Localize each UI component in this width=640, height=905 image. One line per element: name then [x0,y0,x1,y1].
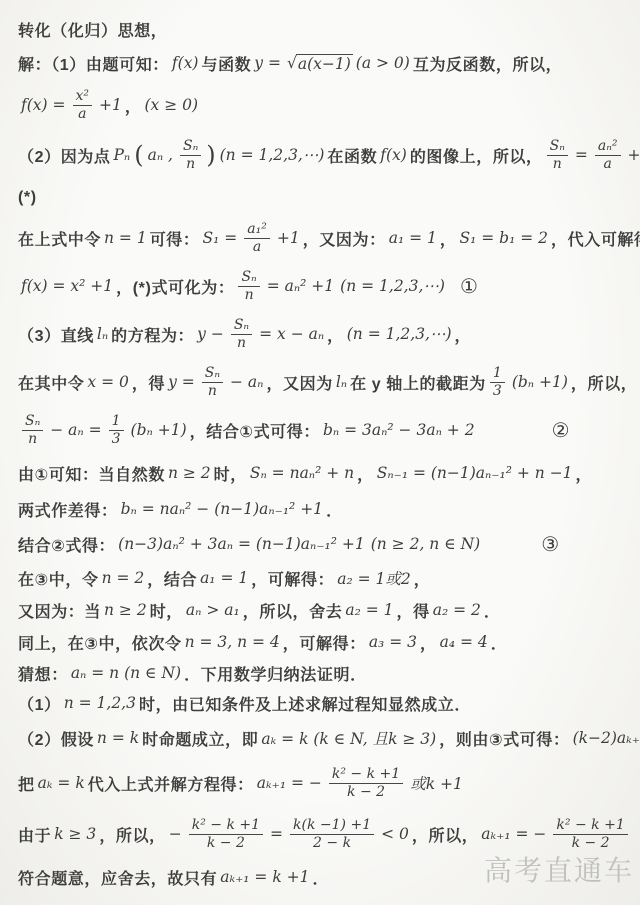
solution-line-18: （1） n = 1,2,3 时，由已知条件及上述求解过程知显然成立． [18,688,630,718]
fraction: Sₙn [547,138,568,173]
math-run: − aₙ = [47,421,104,439]
math-run: = x − aₙ [256,325,327,343]
text-run: 在 y 轴上的截距为 [350,371,486,394]
solution-line-07: f(x) = x² +1 ，(*)式可化为： Sₙn = aₙ² +1 (n =… [18,262,630,310]
text-run: 的图像上，所以， [410,144,543,167]
text-run: 时命题成立，即 [142,727,258,750]
denominator: n [234,335,249,352]
math-run: a₂ = 2 [430,601,484,619]
denominator: n [550,156,565,173]
close-paren: ) [205,143,216,167]
solution-line-03: f(x) = x²a +1 ， (x ≥ 0) [18,82,630,128]
denominator: a [250,239,264,256]
numerator: Sₙ [231,317,252,335]
math-run: n ≥ 2 [165,464,214,482]
equation-mark-star: (*) [18,189,37,207]
text-run: ，所以， [99,823,165,846]
text-run: ，代入可解得： [551,227,640,250]
text-run: ，则由③式可得： [439,727,569,750]
text-run: 时， [214,462,247,485]
text-run: 同上，在③中，依次令 [18,631,182,654]
solution-line-08: （3）直线 lₙ 的方程为： y − Sₙn = x − aₙ ， (n = 1… [18,310,630,358]
numerator: aₙ² [595,138,621,156]
denominator: n [242,287,257,304]
math-run: f(x) = x² +1 [18,277,116,295]
math-run: aₖ = k [35,774,88,792]
math-run: n = k [94,729,142,747]
math-run: y = [251,54,284,72]
solution-line-09: 在其中令 x = 0 ，得 y = Sₙn − aₙ ，又因为 lₙ 在 y 轴… [18,358,630,406]
solution-line-15: 又因为：当 n ≥ 2 时， aₙ > a₁ ，所以，舍去 a₂ = 1 ，得 … [18,594,630,626]
fraction: Sₙn [180,138,201,173]
math-run: (n = 1,2,3,⋯) [217,146,328,164]
equation-mark-3: ③ [539,532,561,557]
math-run: n = 1,2,3 [61,694,139,712]
fraction: aₙ²a [595,138,621,173]
math-run: S₁ = [200,229,241,247]
text-run: 转化（化归）思想， [18,18,167,41]
text-run: ，结合①式可得： [190,419,320,442]
text-run: ， [125,94,142,117]
text-run: ，可解得： [283,631,366,654]
text-run: ， [357,462,374,485]
denominator: 3 [490,383,505,400]
text-run: ， [576,462,593,485]
equation-mark-2: ② [550,418,572,443]
math-run: Sₙ = naₙ² + n [247,464,357,482]
text-run: 在其中令 [18,371,84,394]
math-run: f(x) [377,146,410,164]
text-run: ， [414,567,431,590]
text-run: ，得 [132,371,165,394]
math-run: aₖ₊₁ = − [254,774,325,792]
math-run: y = [165,373,198,391]
text-run: 猜想： [18,662,68,685]
numerator: x² [73,88,93,106]
numerator: a₁² [244,221,270,239]
denominator: 3 [109,431,124,448]
math-run: − aₙ [227,373,266,391]
fraction: Sₙn [231,317,252,352]
text-run: 把 [18,772,35,795]
text-run: （2）因为点 [18,144,111,167]
text-run: （1） [18,692,61,715]
math-run: (n ≥ 2, n ∈ N) [368,535,484,553]
math-run: n = 1 [101,229,150,247]
denominator: k − 2 [204,835,248,852]
text-run: 两式作差得： [18,498,118,521]
math-run: n = 2 [99,569,148,587]
math-run: (bₙ +1) [128,421,190,439]
text-run: ．下用数学归纳法证明． [184,662,367,685]
fraction: 13 [109,413,124,448]
text-run: ，所以， [571,371,637,394]
radicand: a(x−1) [296,54,353,73]
math-run: n ≥ 2 [101,601,150,619]
math-run: aₖ₊₁ = − [478,825,549,843]
math-run: +1 [96,96,125,114]
math-run: = aₙ² +1 [264,277,337,295]
numerator: 1 [109,413,124,431]
solution-line-14: 在③中，令 n = 2 ，结合 a₁ = 1 ，可解得： a₂ = 1或2 ， [18,562,630,594]
math-run: +1 [625,146,640,164]
solution-line-19: （2）假设 n = k 时命题成立，即 aₖ = k (k ∈ N, 且k ≥ … [18,718,630,758]
math-run: a₄ = 4 [437,633,491,651]
math-run: lₙ [333,373,350,391]
solution-line-06: 在上式中令 n = 1 可得： S₁ = a₁²a +1 ，又因为： a₁ = … [18,214,630,262]
numerator: k² − k +1 [553,817,627,835]
text-run: 在③中，令 [18,567,99,590]
text-run: （2）假设 [18,727,94,750]
solution-line-17: 猜想： aₙ = n (n ∈ N) ．下用数学归纳法证明． [18,658,630,688]
math-run: aₙ , [145,146,176,164]
math-run: aₖ₊₁ = k +1 [217,868,312,886]
text-run: 时，由已知条件及上述求解过程知显然成立． [139,692,471,715]
fraction: Sₙn [238,269,259,304]
fraction: Sₙn [202,365,223,400]
open-paren: ( [133,143,144,167]
text-run: ． [491,631,508,654]
text-run: ，结合 [147,567,197,590]
text-run: 结合②式得： [18,533,115,556]
watermark: 高考直通车 [484,849,634,889]
solution-line-10: Sₙn − aₙ = 13 (bₙ +1) ，结合①式可得： bₙ = 3aₙ²… [18,406,630,454]
solution-line-04: （2）因为点 Pₙ ( aₙ , Sₙn ) (n = 1,2,3,⋯) 在函数… [18,128,630,182]
text-run: ，又因为 [266,371,332,394]
solution-line-02: 解：（1）由题可知： f(x) 与函数 y = √ a(x−1) (a > 0)… [18,44,630,82]
text-run: ， [327,323,344,346]
numerator: 1 [490,365,505,383]
math-run: f(x) [169,54,202,72]
math-run: aₖ = k (k ∈ N, 且k ≥ 3) [258,727,439,749]
text-run: 互为反函数，所以， [413,52,562,75]
fraction: k(k −1) +12 − k [290,817,374,852]
fraction: x²a [73,88,93,123]
math-run: (x ≥ 0) [141,96,201,114]
math-run: n = 3, n = 4 [182,633,283,651]
text-run: ． [313,866,330,889]
text-run: ，所以，舍去 [243,599,343,622]
fraction: 13 [490,365,505,400]
fraction: k² − k +1k − 2 [553,817,627,852]
math-run: (a > 0) [353,54,413,72]
math-run: − [166,825,185,843]
math-run: a₃ = 3 [366,633,420,651]
text-run: 在函数 [327,144,377,167]
text-run: 由于 [18,823,51,846]
math-run: x = 0 [84,373,131,391]
numerator: Sₙ [202,365,223,383]
text-run: 可得： [150,227,200,250]
text-run: 与函数 [201,52,251,75]
denominator: n [205,383,220,400]
solution-line-05: (*) [18,182,630,214]
text-run: 解：（1）由题可知： [18,52,169,75]
numerator: Sₙ [22,413,43,431]
math-run: k ≥ 3 [51,825,99,843]
text-run: ． [326,498,343,521]
math-run: a₁ = 1 [386,229,440,247]
denominator: n [183,156,198,173]
math-run: a₂ = 1或2 [334,567,414,589]
denominator: a [75,106,89,123]
math-run: 或k +1 [407,772,466,794]
fraction: k² − k +1k − 2 [189,817,263,852]
text-run: 由①可知：当自然数 [18,462,165,485]
math-run: y − [194,325,227,343]
math-run: (n = 1,2,3,⋯) [344,325,455,343]
math-run: f(x) = [18,96,69,114]
math-run: = [267,825,286,843]
math-run: lₙ [94,325,111,343]
math-run: +1 [274,229,303,247]
denominator: a [601,156,615,173]
denominator: 2 − k [310,835,354,852]
math-run: Sₙ₋₁ = (n−1)aₙ₋₁² + n −1 [374,464,576,482]
text-run: ． [484,599,501,622]
math-run: S₁ = b₁ = 2 [457,229,552,247]
math-run: aₙ > a₁ [183,601,243,619]
numerator: k² − k +1 [329,766,403,784]
solution-line-13: 结合②式得： (n−3)aₙ² + 3aₙ = (n−1)aₙ₋₁² +1 (n… [18,526,630,562]
math-run: (n = 1,2,3,⋯) [337,277,448,295]
numerator: Sₙ [180,138,201,156]
math-run: a₁ = 1 [197,569,251,587]
equation-mark-1: ① [458,274,480,299]
math-run: bₙ = naₙ² − (n−1)aₙ₋₁² +1 [118,500,326,518]
math-run: = [572,146,591,164]
math-run: Pₙ [111,146,134,164]
denominator: n [25,431,40,448]
solution-line-16: 同上，在③中，依次令 n = 3, n = 4 ，可解得： a₃ = 3 ， a… [18,626,630,658]
fraction: a₁²a [244,221,270,256]
math-run: (k−2)aₖ₊₁² + 3aₖ₊₁ = kaₖ² +1 [570,729,640,747]
text-run: 代入上式并解方程得： [88,772,254,795]
denominator: k − 2 [344,784,388,801]
math-run: < 0 [378,825,412,843]
math-run: (bₙ +1) [509,373,571,391]
text-run: ， [420,631,437,654]
text-run: 时， [150,599,183,622]
text-run: （3）直线 [18,323,94,346]
fraction: k² − k +1k − 2 [329,766,403,801]
solution-line-12: 两式作差得： bₙ = naₙ² − (n−1)aₙ₋₁² +1 ． [18,492,630,526]
math-run: aₙ = n (n ∈ N) [68,664,184,682]
text-run: ， [440,227,457,250]
text-run: ，可解得： [251,567,334,590]
text-run: 又因为：当 [18,599,101,622]
solution-line-01: 转化（化归）思想， [18,14,630,44]
solution-line-20: 把 aₖ = k 代入上式并解方程得： aₖ₊₁ = − k² − k +1k … [18,758,630,808]
fraction: Sₙn [22,413,43,448]
text-run: ，又因为： [303,227,386,250]
math-run: (n−3)aₙ² + 3aₙ = (n−1)aₙ₋₁² +1 [115,535,368,553]
numerator: Sₙ [238,269,259,287]
text-run: 符合题意，应舍去，故只有 [18,866,217,889]
text-run: ，(*)式可化为： [116,275,234,298]
numerator: Sₙ [547,138,568,156]
numerator: k(k −1) +1 [290,817,374,835]
text-run: ，得 [397,599,430,622]
math-run: bₙ = 3aₙ² − 3aₙ + 2 [320,421,478,439]
text-run: ，所以， [412,823,478,846]
text-run: ， [455,323,472,346]
document-page: 转化（化归）思想， 解：（1）由题可知： f(x) 与函数 y = √ a(x−… [0,0,640,905]
math-run: a₂ = 1 [342,601,396,619]
text-run: 的方程为： [111,323,194,346]
solution-line-11: 由①可知：当自然数 n ≥ 2 时， Sₙ = naₙ² + n ， Sₙ₋₁ … [18,454,630,492]
numerator: k² − k +1 [189,817,263,835]
text-run: 在上式中令 [18,227,101,250]
